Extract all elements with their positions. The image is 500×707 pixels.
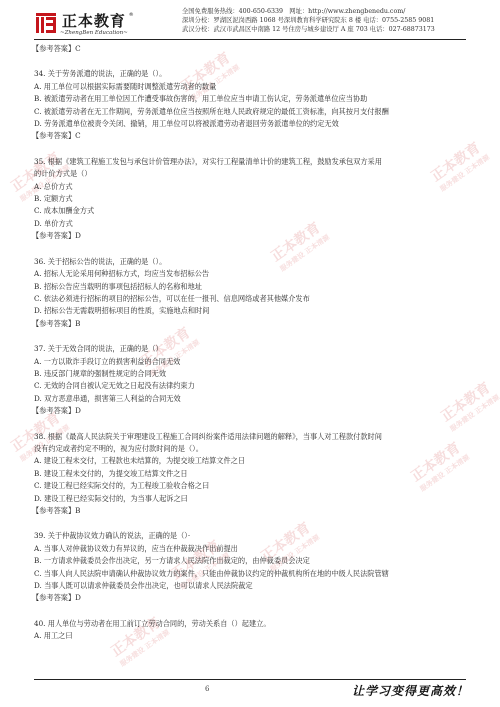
option-c: C. 无效的合同自被认定无效之日起没有法律约束力 bbox=[34, 380, 474, 392]
question-stem: 36. 关于招标公告的说法，正确的是（）。 bbox=[34, 256, 474, 268]
contact-info: 全国免费服务热线：400-650-6339 网址：http://www.zhen… bbox=[182, 7, 440, 34]
footer-slogan: 让学习变得更高效！ bbox=[352, 682, 469, 699]
option-d: D. 当事人既可以请求仲裁委员会作出决定，也可以请求人民法院裁定 bbox=[34, 580, 474, 592]
document-body: 【参考答案】C 34. 关于劳务派遣的说法，正确的是（）。 A. 用工单位可以根… bbox=[34, 43, 474, 643]
option-b: B. 招标公告应当载明的事项包括招标人的名称和地址 bbox=[34, 281, 474, 293]
option-a: A. 用工之曰 bbox=[34, 630, 474, 642]
reference-answer: 【参考答案】B bbox=[32, 318, 474, 330]
option-a: A. 建设工程未交付，工程款也未结算的，为提交竣工结算文件之日 bbox=[34, 455, 474, 467]
option-c: C. 依法必须进行招标的项目的招标公告，可以在任一报刊、信息网络或者其他媒介发布 bbox=[34, 293, 474, 305]
contact-wuhan: 武汉分校：武汉市武昌区中南路 12 号住房与城乡建设厅 A 座 703 电话：0… bbox=[182, 25, 440, 34]
brand-logo: 正本教育 ~ZhengBen Education~ ® bbox=[36, 12, 134, 37]
option-a: A. 总价方式 bbox=[34, 181, 474, 193]
question-40: 40. 用人单位与劳动者在用工前订立劳动合同的，劳动关系自（）起建立。 A. 用… bbox=[34, 618, 474, 643]
option-a: A. 用工单位可以根据实际需要随时调整派遣劳动者的数量 bbox=[34, 81, 474, 93]
question-stem: 39. 关于仲裁协议效力确认的说法，正确的是（）· bbox=[34, 530, 474, 542]
option-a: A. 一方以欺诈手段订立的损害利益的合同无效 bbox=[34, 356, 474, 368]
option-a: A. 招标人无论采用何种招标方式，均应当发布招标公告 bbox=[34, 268, 474, 280]
contact-hotline: 全国免费服务热线：400-650-6339 网址：http://www.zhen… bbox=[182, 7, 440, 16]
option-a: A. 当事人对仲裁协议效力有异议的，应当在仲裁裁决作出前提出 bbox=[34, 543, 474, 555]
question-35: 35. 根据《建筑工程施工发包与承包计价管理办法》，对实行工程量清单计价的建筑工… bbox=[34, 156, 474, 243]
option-c: C. 被派遣劳动者在无工作期间，劳务派遣单位应当按照所在地人民政府规定的最低工资… bbox=[34, 106, 474, 118]
header-divider bbox=[34, 39, 466, 40]
option-b: B. 定额方式 bbox=[34, 193, 474, 205]
reference-answer: 【参考答案】D bbox=[32, 405, 474, 417]
question-38: 38. 根据《最高人民法院关于审理建设工程施工合同纠纷案件适用法律问题的解释》，… bbox=[34, 431, 474, 518]
page-number: 6 bbox=[205, 685, 209, 693]
question-37: 37. 关于无效合同的说法，正确的是（） A. 一方以欺诈手段订立的损害利益的合… bbox=[34, 343, 474, 417]
footer-divider bbox=[34, 679, 466, 680]
question-39: 39. 关于仲裁协议效力确认的说法，正确的是（）· A. 当事人对仲裁协议效力有… bbox=[34, 530, 474, 604]
option-b: B. 一方请求仲裁委员会作出决定，另一方请求人民法院作出裁定的，由仲裁委员会决定 bbox=[34, 555, 474, 567]
option-d: D. 建设工程已经实际交付的，为当事人起诉之曰 bbox=[34, 493, 474, 505]
option-b: B. 建设工程未交付的，为提交竣工结算文件之日 bbox=[34, 468, 474, 480]
option-c: C. 当事人向人民法院申请确认仲裁协议效力的案件，只能由仲裁协议约定的仲裁机构所… bbox=[34, 568, 474, 580]
question-stem: 35. 根据《建筑工程施工发包与承包计价管理办法》，对实行工程量清单计价的建筑工… bbox=[34, 156, 474, 168]
option-c: C. 建设工程已经实际交付的，为工程竣工验收合格之曰 bbox=[34, 480, 474, 492]
question-stem: 37. 关于无效合同的说法，正确的是（） bbox=[34, 343, 474, 355]
question-stem-cont: 的计价方式是（） bbox=[34, 168, 474, 180]
option-b: B. 违反部门规章的强制性规定的合同无效 bbox=[34, 368, 474, 380]
question-stem: 38. 根据《最高人民法院关于审理建设工程施工合同纠纷案件适用法律问题的解释》，… bbox=[34, 431, 474, 443]
logo-chinese-name: 正本教育 bbox=[62, 12, 126, 30]
reference-answer: 【参考答案】D bbox=[32, 592, 474, 604]
option-c: C. 成本加酬金方式 bbox=[34, 205, 474, 217]
option-d: D. 招标公告无需载明招标项目的性质，实施地点和时间 bbox=[34, 305, 474, 317]
logo-mark-icon bbox=[36, 13, 56, 33]
question-stem: 34. 关于劳务派遣的说法，正确的是（）。 bbox=[34, 68, 474, 80]
question-stem-cont: 没有约定或者约定不明的，视为应付款时间的是（）。 bbox=[34, 443, 474, 455]
logo-english-name: ~ZhengBen Education~ bbox=[60, 30, 128, 37]
question-stem: 40. 用人单位与劳动者在用工前订立劳动合同的，劳动关系自（）起建立。 bbox=[34, 618, 474, 630]
reference-answer: 【参考答案】B bbox=[32, 505, 474, 517]
question-34: 34. 关于劳务派遣的说法，正确的是（）。 A. 用工单位可以根据实际需要随时调… bbox=[34, 68, 474, 142]
question-36: 36. 关于招标公告的说法，正确的是（）。 A. 招标人无论采用何种招标方式，均… bbox=[34, 256, 474, 330]
contact-shenzhen: 深圳分校：罗湖区泥岗西路 1068 号深圳教育科学研究院东 8 楼 电话：075… bbox=[182, 16, 440, 25]
option-b: B. 被派遣劳动者在用工单位因工作遭受事故伤害的，用工单位应当申请工伤认定，劳务… bbox=[34, 93, 474, 105]
reference-answer: 【参考答案】D bbox=[32, 230, 474, 242]
page-header: 正本教育 ~ZhengBen Education~ ® 全国免费服务热线：400… bbox=[0, 0, 500, 44]
reference-answer: 【参考答案】C bbox=[32, 130, 474, 142]
option-d: D. 单价方式 bbox=[34, 218, 474, 230]
registered-mark: ® bbox=[129, 12, 134, 18]
option-d: D. 劳务派遣单位被责令关闭、撤销，用工单位可以将被派遣劳动者退回劳务派遣单位的… bbox=[34, 118, 474, 130]
previous-answer: 【参考答案】C bbox=[32, 43, 474, 55]
option-d: D. 双方恶意串通，损害第三人利益的合同无效 bbox=[34, 393, 474, 405]
